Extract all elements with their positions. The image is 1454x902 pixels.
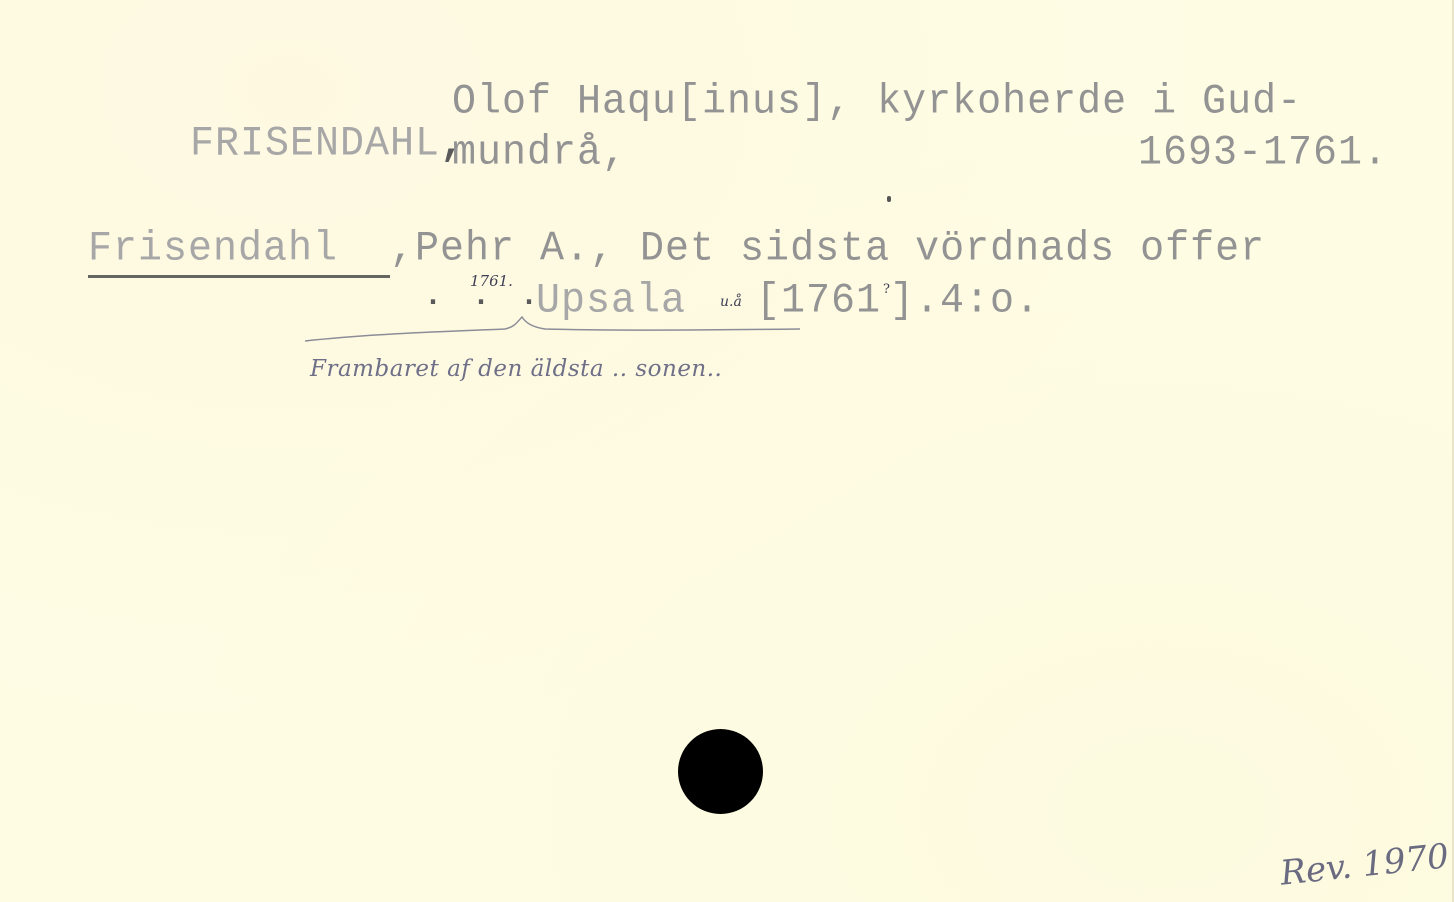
ink-speck bbox=[887, 196, 891, 202]
entry1-line2: mundrå, bbox=[452, 133, 627, 175]
entry2-author: Frisendahl bbox=[88, 229, 338, 271]
entry1-dates: 1693-1761. bbox=[1138, 133, 1388, 175]
handwritten-year: 1761. bbox=[470, 272, 513, 290]
catalog-card: FRISENDAHL, Olof Haqu[inus], kyrkoherde … bbox=[0, 0, 1454, 902]
punch-dot-marker bbox=[678, 729, 763, 814]
brace-line-icon bbox=[300, 315, 820, 345]
revision-note: Rev. 1970 bbox=[1278, 836, 1450, 893]
handwritten-note: Frambaret af den äldsta .. sonen.. bbox=[310, 356, 722, 382]
entry1-heading: FRISENDAHL, bbox=[90, 82, 465, 208]
author-underline bbox=[88, 275, 390, 278]
entry2-line1: ,Pehr A., Det sidsta vördnads offer bbox=[390, 229, 1265, 271]
entry2-tail: ].4:o. bbox=[890, 281, 1040, 323]
date-query-mark: ? bbox=[883, 282, 890, 297]
entry1-surname: FRISENDAHL bbox=[190, 121, 440, 168]
place-note-handwritten: u.å bbox=[720, 294, 742, 310]
entry1-line1: Olof Haqu[inus], kyrkoherde i Gud- bbox=[452, 82, 1302, 124]
